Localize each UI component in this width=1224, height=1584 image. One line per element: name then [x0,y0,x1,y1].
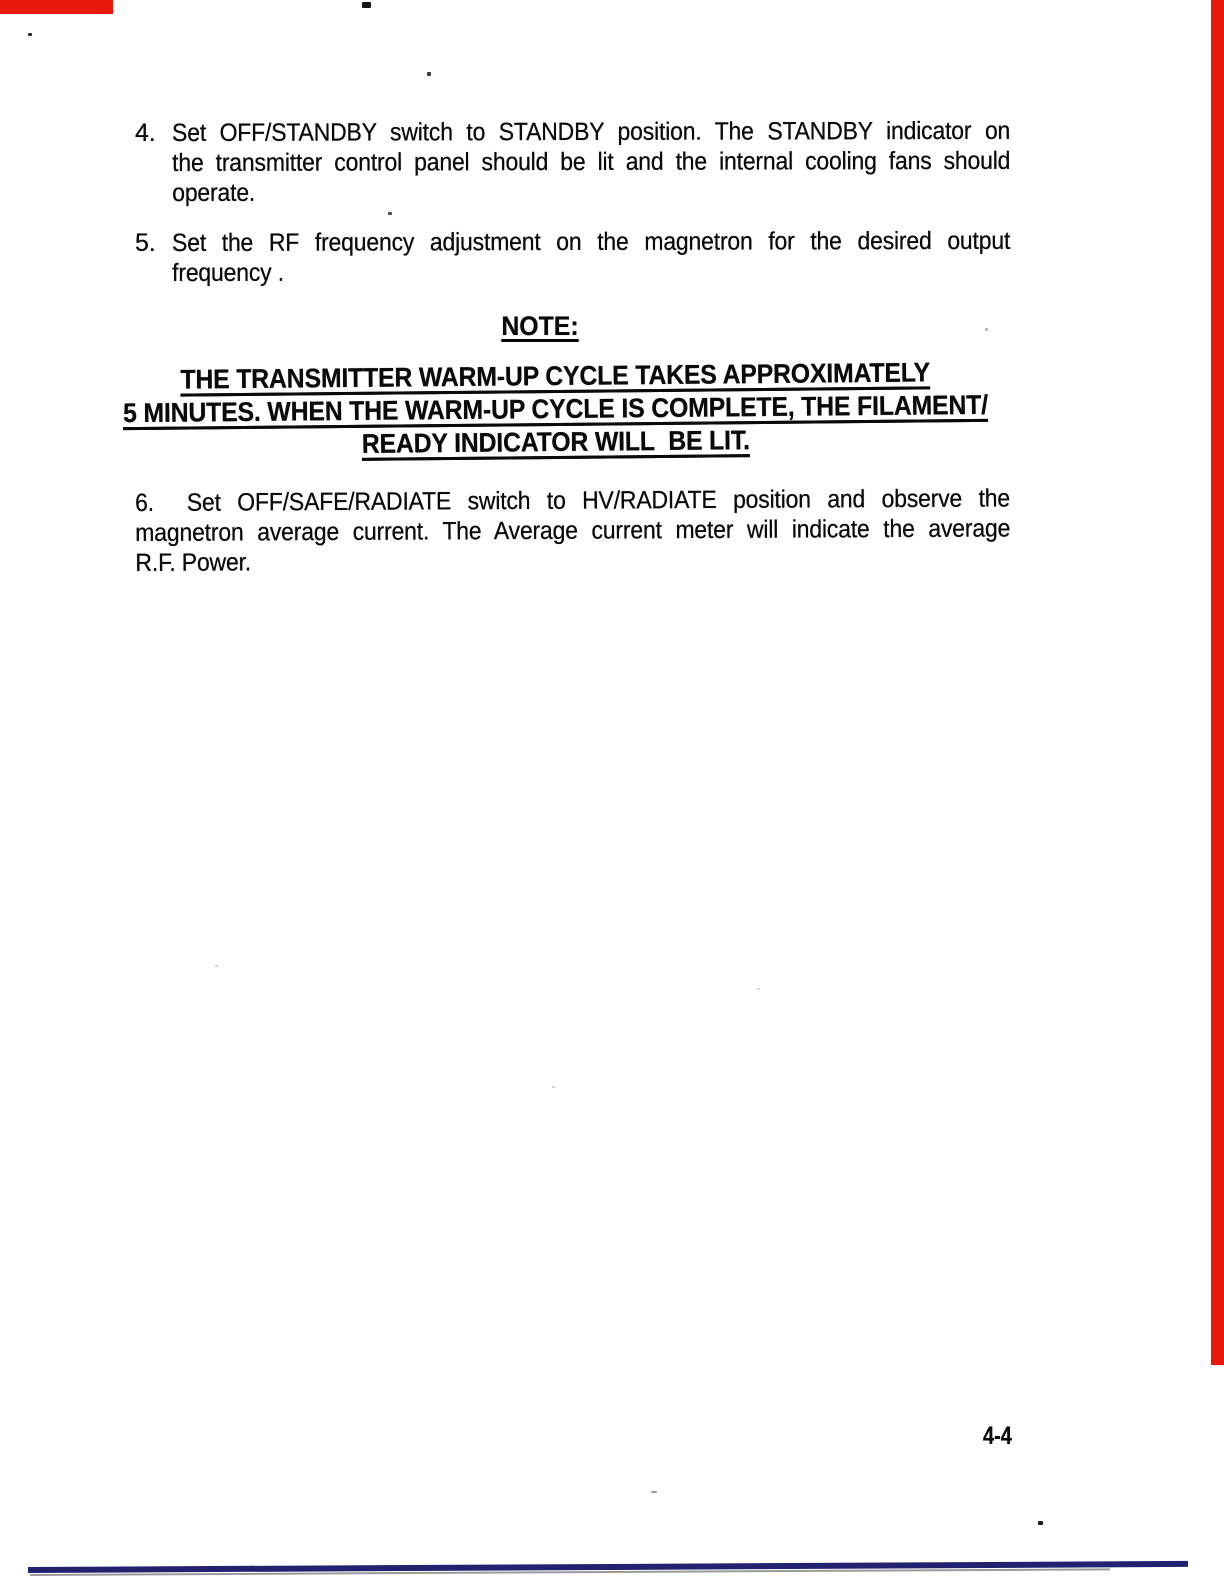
paragraph-6-line-2: magnetron average current. The Average c… [135,513,1010,548]
note-heading: NOTE: [356,311,724,341]
scan-speck [651,1491,657,1493]
scan-speck [388,212,392,215]
note-paragraph: THE TRANSMITTER WARM-UP CYCLE TAKES APPR… [95,356,1016,464]
scan-speck [552,1086,555,1088]
list-item-5-number: 5. [135,228,165,258]
list-item-4-number: 4. [135,118,165,148]
list-item-5-line-2: frequency . [172,256,1010,288]
list-item-4-line-3: operate. [172,176,1010,208]
scan-speck [427,72,431,76]
paragraph-6: 6. Set OFF/SAFE/RADIATE switch to HV/RAD… [135,483,1010,578]
scan-speck [215,965,218,967]
list-item-4: Set OFF/STANDBY switch to STANDBY positi… [172,116,1010,208]
list-item-5-line-1: Set the RF frequency adjustment on the m… [172,226,1010,258]
list-item-4-line-2: the transmitter control panel should be … [172,146,1010,178]
scan-artifact-red-bar-right [1211,0,1224,1365]
list-item-5: Set the RF frequency adjustment on the m… [172,226,1010,288]
page-number: 4-4 [983,1421,1012,1451]
list-item-4-line-1: Set OFF/STANDBY switch to STANDBY positi… [172,116,1010,148]
scan-speck [985,328,988,331]
scan-speck [757,988,760,990]
scanned-page: { "doc": { "items": [ { "number": "4.", … [0,0,1224,1584]
paragraph-6-line-3: R.F. Power. [135,543,1010,578]
scan-speck [1038,1521,1043,1525]
paragraph-6-line-1: 6. Set OFF/SAFE/RADIATE switch to HV/RAD… [135,483,1010,518]
scan-artifact-red-bar-top [0,0,113,14]
scan-speck [362,2,371,8]
scan-speck [28,33,32,36]
